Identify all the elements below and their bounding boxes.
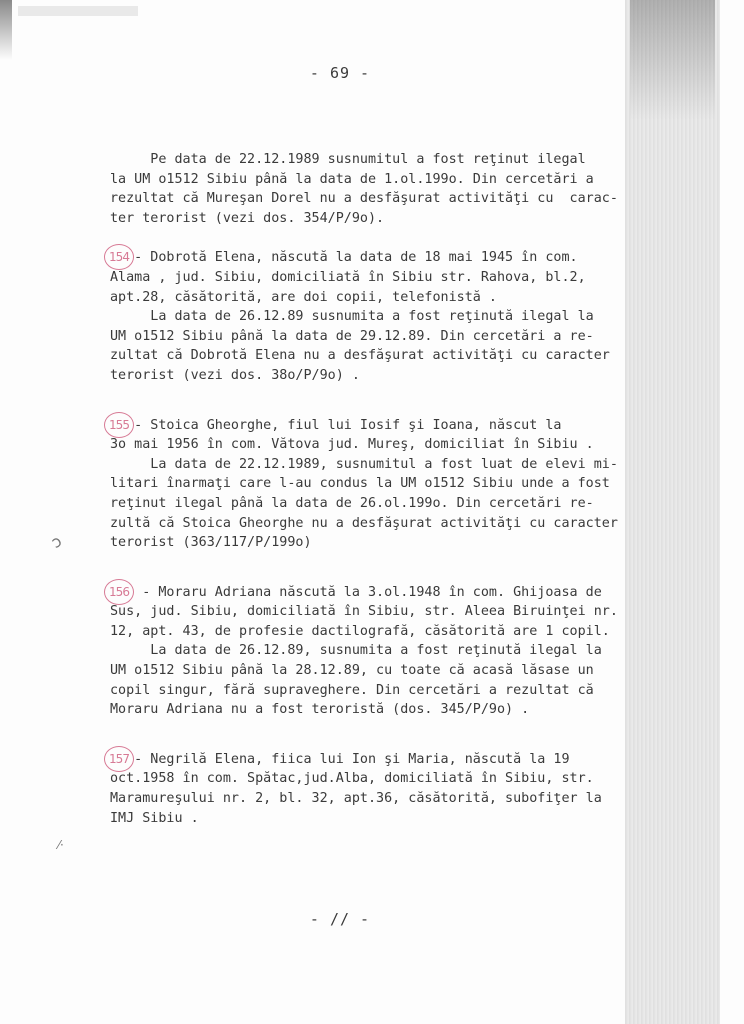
- text-line: Alama , jud. Sibiu, domiciliată în Sibiu…: [110, 268, 650, 288]
- entry-156: 156 - Moraru Adriana născută la 3.ol.194…: [110, 583, 650, 720]
- circled-number-annotation: 155: [104, 412, 134, 438]
- text-line: 12, apt. 43, de profesie dactilografă, c…: [110, 622, 650, 642]
- scan-top-smudge: [18, 6, 138, 16]
- entry-155: 155 - Stoica Gheorghe, fiul lui Iosif şi…: [110, 416, 650, 553]
- text-line: apt.28, căsătorită, are doi copii, telef…: [110, 288, 650, 308]
- margin-scribble-icon: ↄ: [48, 531, 65, 552]
- scan-artifact-shadow: [630, 0, 715, 120]
- scanned-page: - 69 - Pe data de 22.12.1989 susnumitul …: [0, 0, 744, 1024]
- text-line: Sus, jud. Sibiu, domiciliată în Sibiu, s…: [110, 602, 650, 622]
- page-number: - 69 -: [0, 64, 680, 82]
- text-line: rezultat că Mureşan Dorel nu a desfăşura…: [110, 189, 650, 209]
- text-line: copil singur, fără supraveghere. Din cer…: [110, 681, 650, 701]
- text-line: reţinut ilegal până la data de 26.ol.199…: [110, 494, 650, 514]
- text-line: La data de 22.12.1989, susnumitul a fost…: [110, 455, 650, 475]
- text-line: 3o mai 1956 în com. Vătova jud. Mureş, d…: [110, 435, 650, 455]
- margin-scribble-icon: ⁄·: [58, 838, 64, 852]
- text-line: oct.1958 în com. Spătac,jud.Alba, domici…: [110, 769, 650, 789]
- text-line: terorist (363/117/P/199o): [110, 533, 650, 553]
- text-line: - Stoica Gheorghe, fiul lui Iosif şi Ioa…: [110, 416, 650, 436]
- circled-number-annotation: 157: [104, 746, 134, 772]
- page-end-marker: - // -: [0, 910, 680, 928]
- circled-number-annotation: 156: [104, 579, 134, 605]
- document-body: Pe data de 22.12.1989 susnumitul a fost …: [110, 150, 650, 828]
- entry-157: 157 - Negrilă Elena, fiica lui Ion şi Ma…: [110, 750, 650, 828]
- intro-paragraph: Pe data de 22.12.1989 susnumitul a fost …: [110, 150, 650, 228]
- entry-154: 154 - Dobrotă Elena, născută la data de …: [110, 248, 650, 385]
- text-line: la UM o1512 Sibiu până la data de 1.ol.1…: [110, 170, 650, 190]
- text-line: - Negrilă Elena, fiica lui Ion şi Maria,…: [110, 750, 650, 770]
- text-line: UM o1512 Sibiu până la 28.12.89, cu toat…: [110, 661, 650, 681]
- text-line: Moraru Adriana nu a fost teroristă (dos.…: [110, 700, 650, 720]
- text-line: La data de 26.12.89, susnumita a fost re…: [110, 641, 650, 661]
- text-line: Maramureşului nr. 2, bl. 32, apt.36, căs…: [110, 789, 650, 809]
- text-line: terorist (vezi dos. 38o/P/9o) .: [110, 366, 650, 386]
- text-line: - Dobrotă Elena, născută la data de 18 m…: [110, 248, 650, 268]
- text-line: ter terorist (vezi dos. 354/P/9o).: [110, 209, 650, 229]
- text-line: zultat că Dobrotă Elena nu a desfăşurat …: [110, 346, 650, 366]
- text-line: La data de 26.12.89 susnumita a fost reţ…: [110, 307, 650, 327]
- text-line: IMJ Sibiu .: [110, 809, 650, 829]
- text-line: Pe data de 22.12.1989 susnumitul a fost …: [110, 150, 650, 170]
- text-line: zultă că Stoica Gheorghe nu a desfăşurat…: [110, 514, 650, 534]
- scan-edge-smudge: [0, 0, 12, 60]
- text-line: UM o1512 Sibiu până la data de 29.12.89.…: [110, 327, 650, 347]
- text-line: - Moraru Adriana născută la 3.ol.1948 în…: [110, 583, 650, 603]
- text-line: litari înarmaţi care l-au condus la UM o…: [110, 474, 650, 494]
